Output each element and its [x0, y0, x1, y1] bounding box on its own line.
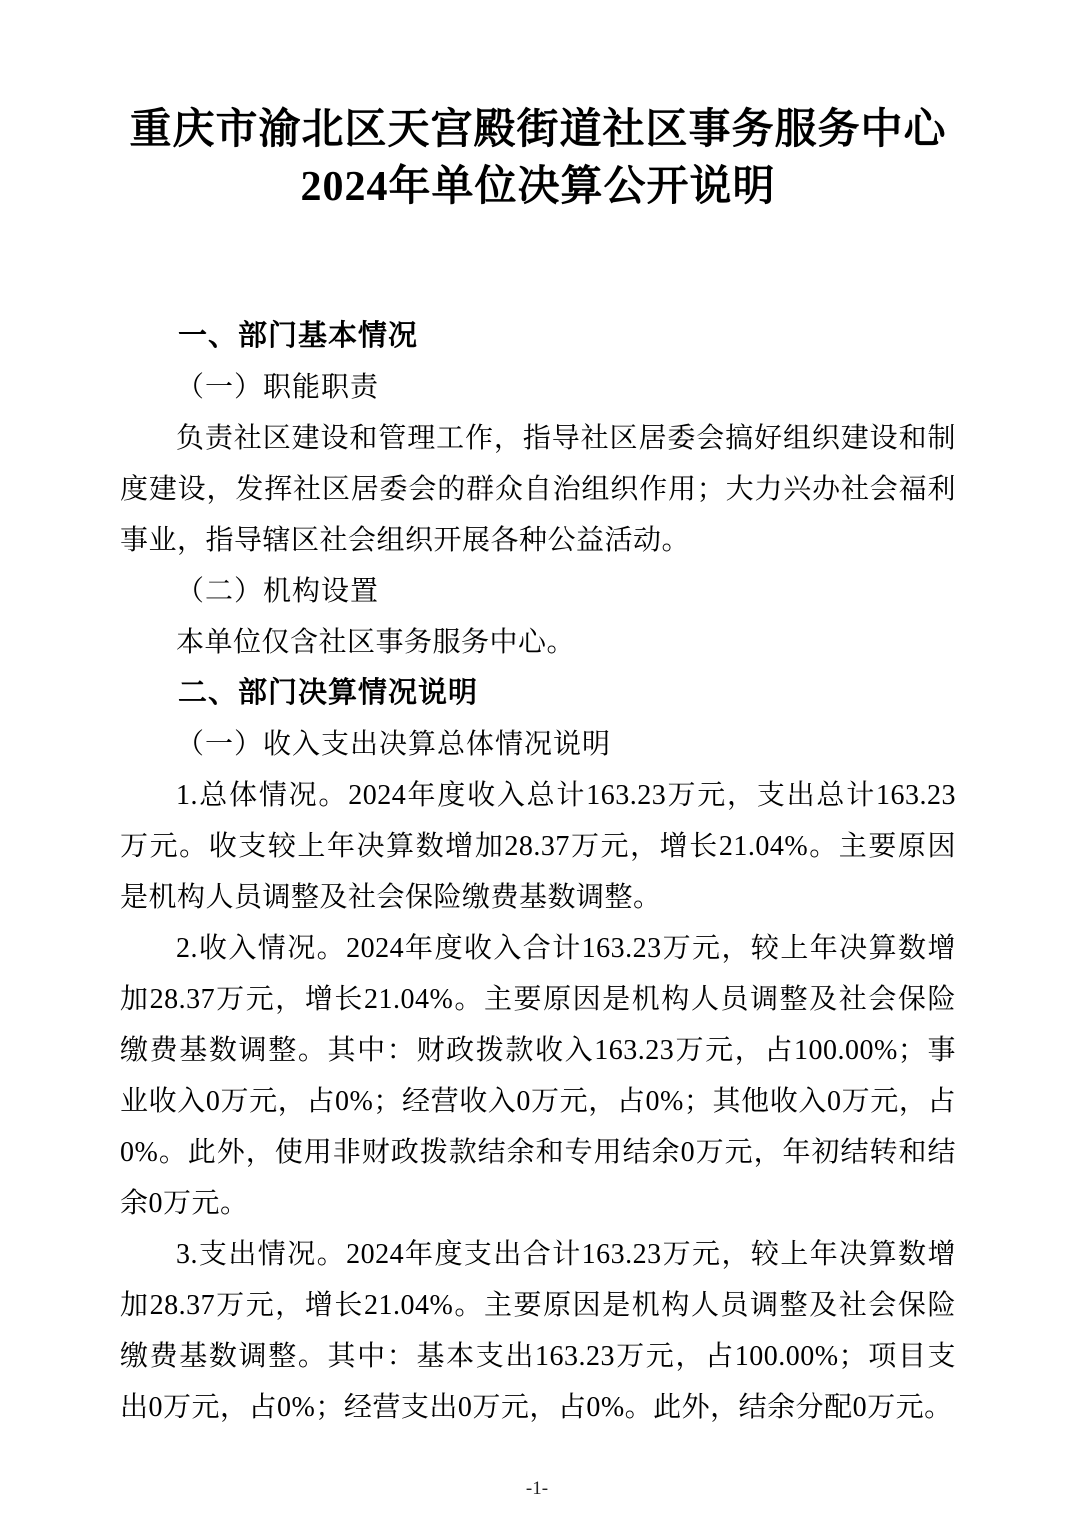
section-heading-basic-info: 一、部门基本情况	[120, 311, 956, 362]
paragraph-expenditure-situation: 3.支出情况。2024年度支出合计163.23万元，较上年决算数增加28.37万…	[120, 1229, 956, 1433]
section-heading-final-accounts: 二、部门决算情况说明	[120, 668, 956, 719]
paragraph-organization: 本单位仅含社区事务服务中心。	[120, 617, 956, 668]
document-page: 重庆市渝北区天宫殿街道社区事务服务中心 2024年单位决算公开说明 一、部门基本…	[0, 0, 1074, 1520]
document-body: 一、部门基本情况 （一）职能职责 负责社区建设和管理工作，指导社区居委会搞好组织…	[120, 311, 956, 1433]
subsection-heading-duties: （一）职能职责	[120, 362, 956, 413]
page-number: -1-	[0, 1478, 1074, 1500]
paragraph-income-situation: 2.收入情况。2024年度收入合计163.23万元，较上年决算数增加28.37万…	[120, 923, 956, 1229]
paragraph-overall-situation: 1.总体情况。2024年度收入总计163.23万元，支出总计163.23万元。收…	[120, 770, 956, 923]
title-line-1: 重庆市渝北区天宫殿街道社区事务服务中心	[120, 102, 956, 159]
paragraph-duties: 负责社区建设和管理工作，指导社区居委会搞好组织建设和制度建设，发挥社区居委会的群…	[120, 413, 956, 566]
subsection-heading-overall: （一）收入支出决算总体情况说明	[120, 719, 956, 770]
document-title: 重庆市渝北区天宫殿街道社区事务服务中心 2024年单位决算公开说明	[120, 102, 956, 216]
title-line-2: 2024年单位决算公开说明	[120, 159, 956, 216]
subsection-heading-organization: （二）机构设置	[120, 566, 956, 617]
